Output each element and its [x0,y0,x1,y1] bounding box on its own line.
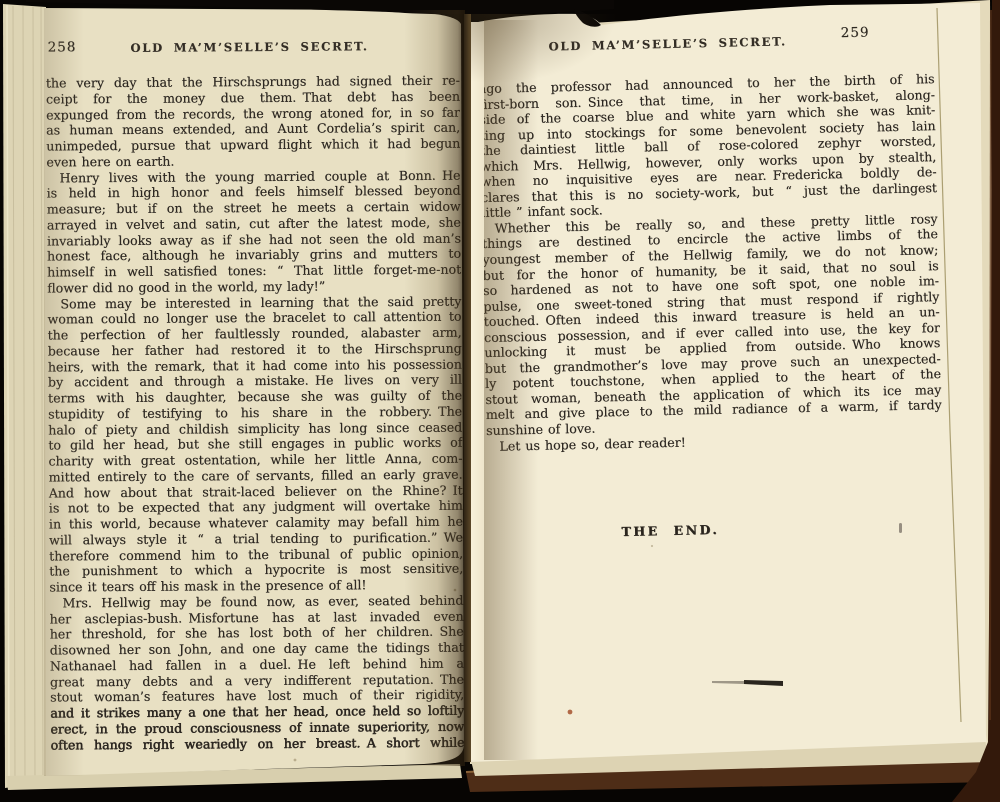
foxing-speck [294,759,297,762]
left-page-header: 258 OLD MA’M’SELLE’S SECRET. [46,39,460,60]
text-line: often hangs right weariedly on her breas… [50,734,464,753]
right-page: OLD MA’M’SELLE’S SECRET. 259 ago the pro… [478,31,945,542]
text-line: the punishment to which a hypocrite is m… [49,561,463,580]
book-spread: 258 OLD MA’M’SELLE’S SECRET. the very da… [0,0,1000,802]
left-page: 258 OLD MA’M’SELLE’S SECRET. the very da… [46,39,465,753]
text-line: unimpeded, pursue that upward flight whi… [46,136,460,155]
page-text: the very day that the Hirschsprungs had … [46,73,465,753]
running-title: OLD MA’M’SELLE’S SECRET. [40,39,460,56]
page-number: 259 [841,24,870,41]
page-text: ago the professor had announced to her t… [478,71,942,454]
foxing-speck [651,545,653,547]
page-number: 258 [48,39,77,55]
text-line: himself in well satisfied tones: “ That … [47,262,461,281]
foxing-speck [568,710,573,715]
cover-edge-sheen [990,10,991,720]
